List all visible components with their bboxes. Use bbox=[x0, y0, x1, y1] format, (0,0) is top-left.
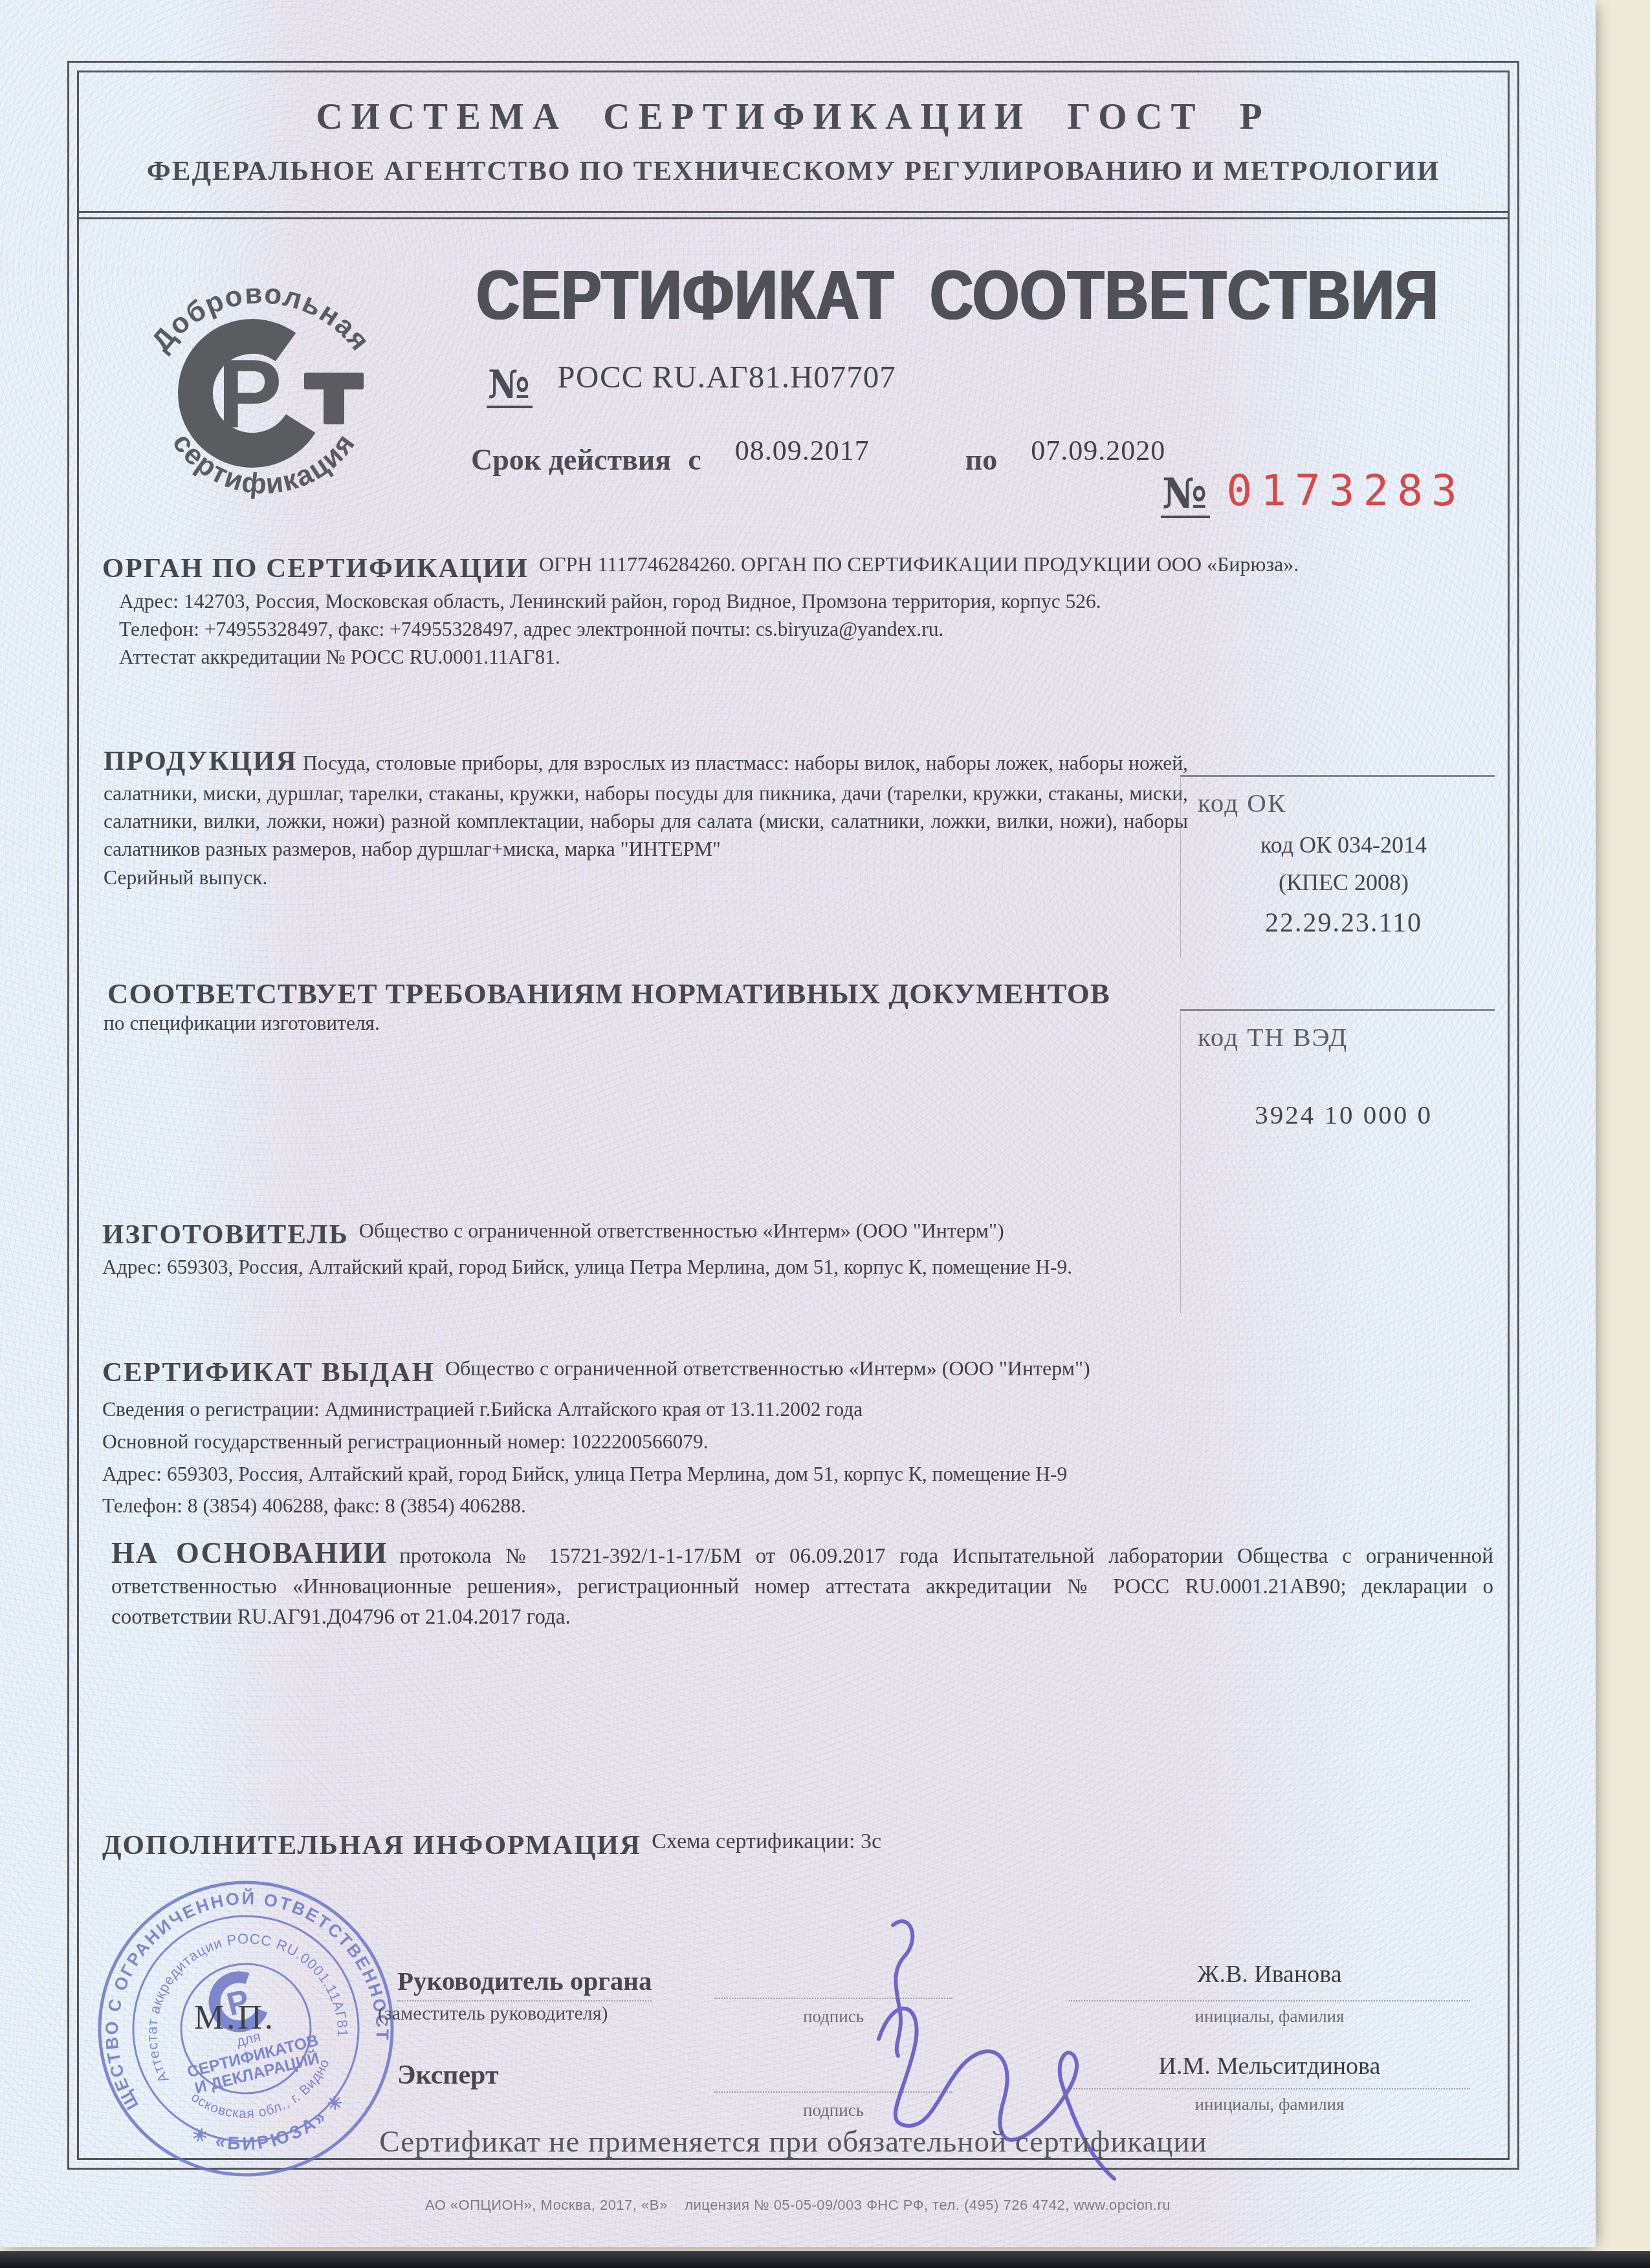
logo-p-letter: Р bbox=[217, 339, 282, 448]
validity-label: Срок действия bbox=[471, 443, 671, 476]
basis-heading: НА ОСНОВАНИИ bbox=[111, 1536, 388, 1569]
validity-to-date: 07.09.2020 bbox=[1031, 435, 1165, 466]
number-symbol: № bbox=[487, 365, 533, 408]
inner-frame: СИСТЕМА СЕРТИФИКАЦИИ ГОСТ Р ФЕДЕРАЛЬНОЕ … bbox=[77, 71, 1510, 2160]
certificate-paper: СИСТЕМА СЕРТИФИКАЦИИ ГОСТ Р ФЕДЕРАЛЬНОЕ … bbox=[0, 0, 1596, 2247]
issued-registration: Сведения о регистрации: Администрацией г… bbox=[102, 1393, 1500, 1426]
validity-from-prep: с bbox=[688, 443, 701, 476]
section-conformity: СООТВЕТСТВУЕТ ТРЕБОВАНИЯМ НОРМАТИВНЫХ ДО… bbox=[107, 977, 1175, 1035]
certification-body-intro: ОГРН 1117746284260. ОРГАН ПО СЕРТИФИКАЦИ… bbox=[539, 552, 1299, 576]
outer-frame: СИСТЕМА СЕРТИФИКАЦИИ ГОСТ Р ФЕДЕРАЛЬНОЕ … bbox=[67, 61, 1519, 2170]
section-basis: НА ОСНОВАНИИ протокола № 15721-392/1-1-1… bbox=[111, 1536, 1493, 1633]
validity-line: Срок действияс08.09.2017по07.09.2020 bbox=[471, 442, 1165, 477]
certificate-title: СЕРТИФИКАТ СООТВЕТСТВИЯ bbox=[409, 255, 1506, 335]
issued-heading: СЕРТИФИКАТ ВЫДАН bbox=[102, 1357, 435, 1388]
code-ok-line2: (КПЕС 2008) bbox=[1198, 869, 1490, 896]
product-serial: Серийный выпуск. bbox=[104, 866, 1188, 889]
certificate-number-line: №РОСС RU.АГ81.Н07707 bbox=[487, 365, 896, 408]
section-additional-info: ДОПОЛНИТЕЛЬНАЯ ИНФОРМАЦИЯСхема сертифика… bbox=[102, 1829, 1493, 1861]
section-issued-to: СЕРТИФИКАТ ВЫДАНОбщество с ограниченной … bbox=[102, 1357, 1500, 1522]
certificate-number: РОСС RU.АГ81.Н07707 bbox=[557, 359, 896, 395]
validity-to-prep: по bbox=[965, 443, 998, 476]
head-role-label: Руководитель органа bbox=[397, 1965, 652, 2001]
head-signature-stroke bbox=[893, 1921, 912, 2056]
footer-note: Сертификат не применяется при обязательн… bbox=[79, 2124, 1508, 2159]
issued-name: Общество с ограниченной ответственностью… bbox=[445, 1357, 1090, 1380]
scanner-edge-shadow bbox=[0, 2251, 1650, 2268]
blank-number-red: 0173283 bbox=[1227, 466, 1466, 516]
print-shop-imprint: АО «ОПЦИОН», Москва, 2017, «В» лицензия … bbox=[0, 2197, 1596, 2214]
section-manufacturer: ИЗГОТОВИТЕЛЬОбщество с ограниченной отве… bbox=[102, 1219, 1493, 1281]
code-ok-box: код ОК код ОК 034-2014 (КПЕС 2008) 22.29… bbox=[1180, 775, 1495, 958]
agency-title: ФЕДЕРАЛЬНОЕ АГЕНТСТВО ПО ТЕХНИЧЕСКОМУ РЕ… bbox=[79, 155, 1508, 187]
code-ok-value: 22.29.23.110 bbox=[1198, 908, 1490, 939]
issued-ogrn: Основной государственный регистрационный… bbox=[102, 1426, 1500, 1458]
logo-t-stem bbox=[324, 373, 344, 424]
code-ok-line1: код ОК 034-2014 bbox=[1198, 831, 1490, 858]
code-tnved-label: код ТН ВЭД bbox=[1198, 1021, 1490, 1052]
product-heading: ПРОДУКЦИЯ bbox=[104, 746, 298, 776]
code-ok-label: код ОК bbox=[1198, 787, 1490, 818]
additional-heading: ДОПОЛНИТЕЛЬНАЯ ИНФОРМАЦИЯ bbox=[102, 1830, 641, 1860]
validity-from-date: 08.09.2017 bbox=[735, 435, 870, 466]
issued-phone: Телефон: 8 (3854) 406288, факс: 8 (3854)… bbox=[102, 1490, 1500, 1522]
certification-body-accreditation: Аттестат аккредитации № РОСС RU.0001.11А… bbox=[119, 644, 1493, 671]
stamp-place-label: М.П. bbox=[194, 1999, 276, 2037]
system-title: СИСТЕМА СЕРТИФИКАЦИИ ГОСТ Р bbox=[79, 96, 1508, 138]
blank-number-line: №0173283 bbox=[1161, 468, 1466, 518]
issued-address: Адрес: 659303, Россия, Алтайский край, г… bbox=[102, 1458, 1500, 1490]
manufacturer-address: Адрес: 659303, Россия, Алтайский край, г… bbox=[102, 1253, 1493, 1281]
section-certification-body: ОРГАН ПО СЕРТИФИКАЦИИОГРН 1117746284260.… bbox=[102, 552, 1493, 671]
additional-text: Схема сертификации: 3с bbox=[652, 1829, 881, 1853]
blank-number-symbol: № bbox=[1161, 472, 1210, 518]
certificate-scan: СИСТЕМА СЕРТИФИКАЦИИ ГОСТ Р ФЕДЕРАЛЬНОЕ … bbox=[0, 0, 1650, 2268]
section-product: ПРОДУКЦИЯ Посуда, столовые приборы, для … bbox=[104, 743, 1188, 889]
expert-role-label: Эксперт bbox=[397, 2060, 499, 2091]
conformity-heading: СООТВЕТСТВУЕТ ТРЕБОВАНИЯМ НОРМАТИВНЫХ ДО… bbox=[107, 977, 1175, 1010]
code-tnved-value: 3924 10 000 0 bbox=[1198, 1099, 1490, 1130]
manufacturer-heading: ИЗГОТОВИТЕЛЬ bbox=[102, 1219, 349, 1250]
head-role-sub-label: (заместитель руководителя) bbox=[378, 2003, 608, 2025]
header-divider bbox=[79, 211, 1508, 220]
certification-body-heading: ОРГАН ПО СЕРТИФИКАЦИИ bbox=[102, 553, 529, 583]
handwritten-signatures-icon bbox=[796, 1915, 1158, 2219]
manufacturer-name: Общество с ограниченной ответственностью… bbox=[359, 1219, 1004, 1242]
certification-body-phone: Телефон: +74955328497, факс: +7495532849… bbox=[119, 616, 1493, 644]
certification-body-address: Адрес: 142703, Россия, Московская област… bbox=[119, 588, 1493, 616]
conformity-text: по спецификации изготовителя. bbox=[104, 1012, 1175, 1035]
gost-r-logo-icon: Добровольная сертификация Р bbox=[109, 238, 413, 529]
